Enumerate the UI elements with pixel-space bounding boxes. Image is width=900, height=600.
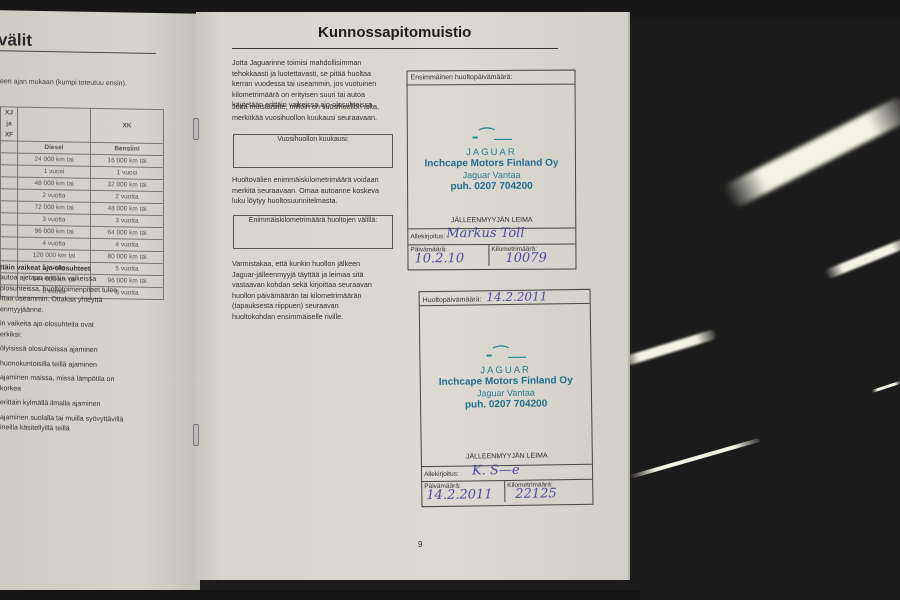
- text-line: tehokkaasti ja luotettavasti, se pitää h…: [232, 69, 376, 80]
- left-page: välit een ajan mukaan (kumpi toteutuu en…: [0, 10, 200, 593]
- text-line: Jaguar-jälleenmyyjä täyttää ja leimaa si…: [232, 270, 372, 281]
- stamp-dealer: Inchcape Motors Finland Oy: [408, 158, 575, 171]
- service-date-header: Ensimmäinen huoltopäivämäärä:: [407, 71, 574, 86]
- page-number: 9: [418, 540, 422, 549]
- text-line: Jotta muistaisitte, milloin on vuosihuol…: [232, 102, 379, 113]
- text-line: ölyisissä olosuhteissa ajaminen: [0, 344, 123, 357]
- text-line: luku löytyy huoltosuunnitelmasta.: [232, 196, 379, 207]
- text-line: Varmistakaa, että kunkin huollon jälkeen: [232, 259, 372, 270]
- signature-row: Allekirjoitus: Markus Toll: [408, 228, 575, 244]
- text-line: kilometrimäärä on erityisen suuri tai au…: [232, 90, 376, 101]
- table-cell: [1, 213, 18, 225]
- table-cell: [1, 249, 18, 261]
- title-rule: [0, 50, 156, 54]
- dealer-stamp: ⁃⁀― JAGUAR Inchcape Motors Finland Oy Ja…: [408, 129, 575, 194]
- signature-label: Allekirjoitus:: [424, 471, 459, 478]
- light-reflection: [619, 329, 718, 368]
- text-line: merkitkää vuosihuollon kuukausi seuraava…: [232, 113, 379, 124]
- stamp-label: JÄLLEENMYYJÄN LEIMA: [408, 217, 575, 225]
- date-cell: Päivämäärä: 10.2.10: [408, 245, 489, 266]
- title-rule: [232, 48, 558, 49]
- service-month-box[interactable]: Vuosihuollon kuukausi:: [233, 134, 393, 168]
- km-cell: Kilometrimäärä: 22125: [505, 480, 592, 502]
- table-cell: [1, 153, 18, 165]
- stamp-phone: puh. 0207 704200: [421, 398, 591, 412]
- service-date-label: Ensimmäinen huoltopäivämäärä:: [410, 74, 512, 82]
- paragraph-3: Huoltovälien enimmäiskilometrimäärä void…: [232, 175, 379, 207]
- page-title: Kunnossapitomuistio: [318, 24, 471, 41]
- text-line: merkitä seuraavaan. Omaa autoanne koskev…: [232, 186, 379, 197]
- max-km-box[interactable]: Enimmäiskilometrimäärä huoltojen välillä…: [233, 215, 393, 249]
- text-line: huollon päivämäärän tai kilometrimäärän: [232, 291, 372, 302]
- km-value: 22125: [515, 486, 557, 502]
- table-cell: [1, 201, 18, 213]
- dealer-stamp: ⁃⁀― JAGUAR Inchcape Motors Finland Oy Ja…: [420, 346, 591, 412]
- date-km-row: Päivämäärä: 10.2.10 Kilometrimäärä: 1007…: [408, 244, 575, 267]
- text-line: ineilla käsitellyillä teillä: [0, 423, 123, 436]
- service-month-label: Vuosihuollon kuukausi:: [234, 135, 392, 143]
- table-cell: [1, 237, 18, 249]
- service-record-1: Ensimmäinen huoltopäivämäärä: ⁃⁀― JAGUAR…: [406, 70, 576, 271]
- stamp-phone: puh. 0207 704200: [408, 181, 575, 194]
- stamp-brand: JAGUAR: [408, 147, 575, 159]
- text-line: huonokuntoisilla teillä ajaminen: [0, 359, 123, 372]
- signature-label: Allekirjoitus:: [410, 233, 445, 240]
- text-line: (tapauksesta riippuen) seuraavan: [232, 301, 372, 312]
- severe-conditions-section: ttäin vaikeat ajo-olosuhteet autoa ajeta…: [0, 264, 123, 436]
- light-reflection: [824, 237, 900, 280]
- light-reflection: [629, 438, 760, 479]
- paragraph-2: Jotta muistaisitte, milloin on vuosihuol…: [232, 102, 379, 123]
- service-date-header: Huoltopäivämäärä: 14.2.2011: [420, 290, 590, 306]
- service-date-value: 14.2.2011: [486, 289, 547, 304]
- date-km-row: Päivämäärä: 14.2.2011 Kilometrimäärä: 22…: [422, 479, 592, 503]
- table-cell: [1, 165, 18, 177]
- date-cell: Päivämäärä: 14.2.2011: [422, 481, 505, 503]
- light-reflection: [872, 381, 900, 393]
- service-date-label: Huoltopäivämäärä:: [423, 296, 482, 304]
- staple: [193, 424, 199, 446]
- text-line: kerran vuodessa tai useammin, jos vuotui…: [232, 79, 376, 90]
- signature-value: K. S—e: [472, 463, 520, 479]
- right-page: Kunnossapitomuistio Jotta Jaguarinne toi…: [196, 12, 630, 580]
- stamp-city: Jaguar Vantaa: [408, 170, 575, 182]
- table-row: XJ ja XFXK: [1, 107, 164, 144]
- max-km-label: Enimmäiskilometrimäärä huoltojen välillä…: [234, 216, 392, 224]
- date-value: 14.2.2011: [426, 487, 492, 503]
- left-page-title: välit: [0, 30, 32, 51]
- jaguar-leaper-icon: ⁃⁀―: [408, 129, 575, 148]
- background-bottom: [0, 590, 640, 600]
- paragraph-4: Varmistakaa, että kunkin huollon jälkeen…: [232, 259, 372, 322]
- km-cell: Kilometrimäärä: 10079: [489, 245, 575, 266]
- table-cell: [18, 107, 91, 142]
- table-cell: [1, 141, 18, 153]
- signature-value: Markus Toll: [446, 226, 524, 241]
- text-line: Huoltovälien enimmäiskilometrimäärä void…: [232, 175, 379, 186]
- table-cell: [1, 189, 18, 201]
- text-line: erittäin kylmällä ilmalla ajaminen: [0, 398, 123, 411]
- left-page-intro: een ajan mukaan (kumpi toteutuu ensin).: [0, 78, 127, 87]
- table-cell: XK: [91, 108, 164, 143]
- jaguar-leaper-icon: ⁃⁀―: [420, 346, 590, 366]
- light-reflection: [722, 96, 900, 210]
- staple: [193, 118, 199, 140]
- text-line: huoltokohdan ensimmäiselle riville.: [232, 312, 372, 323]
- table-cell: [1, 225, 18, 237]
- table-cell: XJ ja XF: [1, 107, 18, 141]
- text-line: vastaavan kohdan sekä kirjoittaa seuraav…: [232, 280, 372, 291]
- stamp-label: JÄLLEENMYYJÄN LEIMA: [422, 452, 592, 461]
- date-value: 10.2.10: [414, 251, 464, 266]
- km-value: 10079: [505, 251, 546, 266]
- text-line: Jotta Jaguarinne toimisi mahdollisimman: [232, 58, 376, 69]
- service-record-2: Huoltopäivämäärä: 14.2.2011 ⁃⁀― JAGUAR I…: [419, 289, 594, 507]
- table-cell: [1, 177, 18, 189]
- section-heading: ttäin vaikeat ajo-olosuhteet: [0, 264, 123, 273]
